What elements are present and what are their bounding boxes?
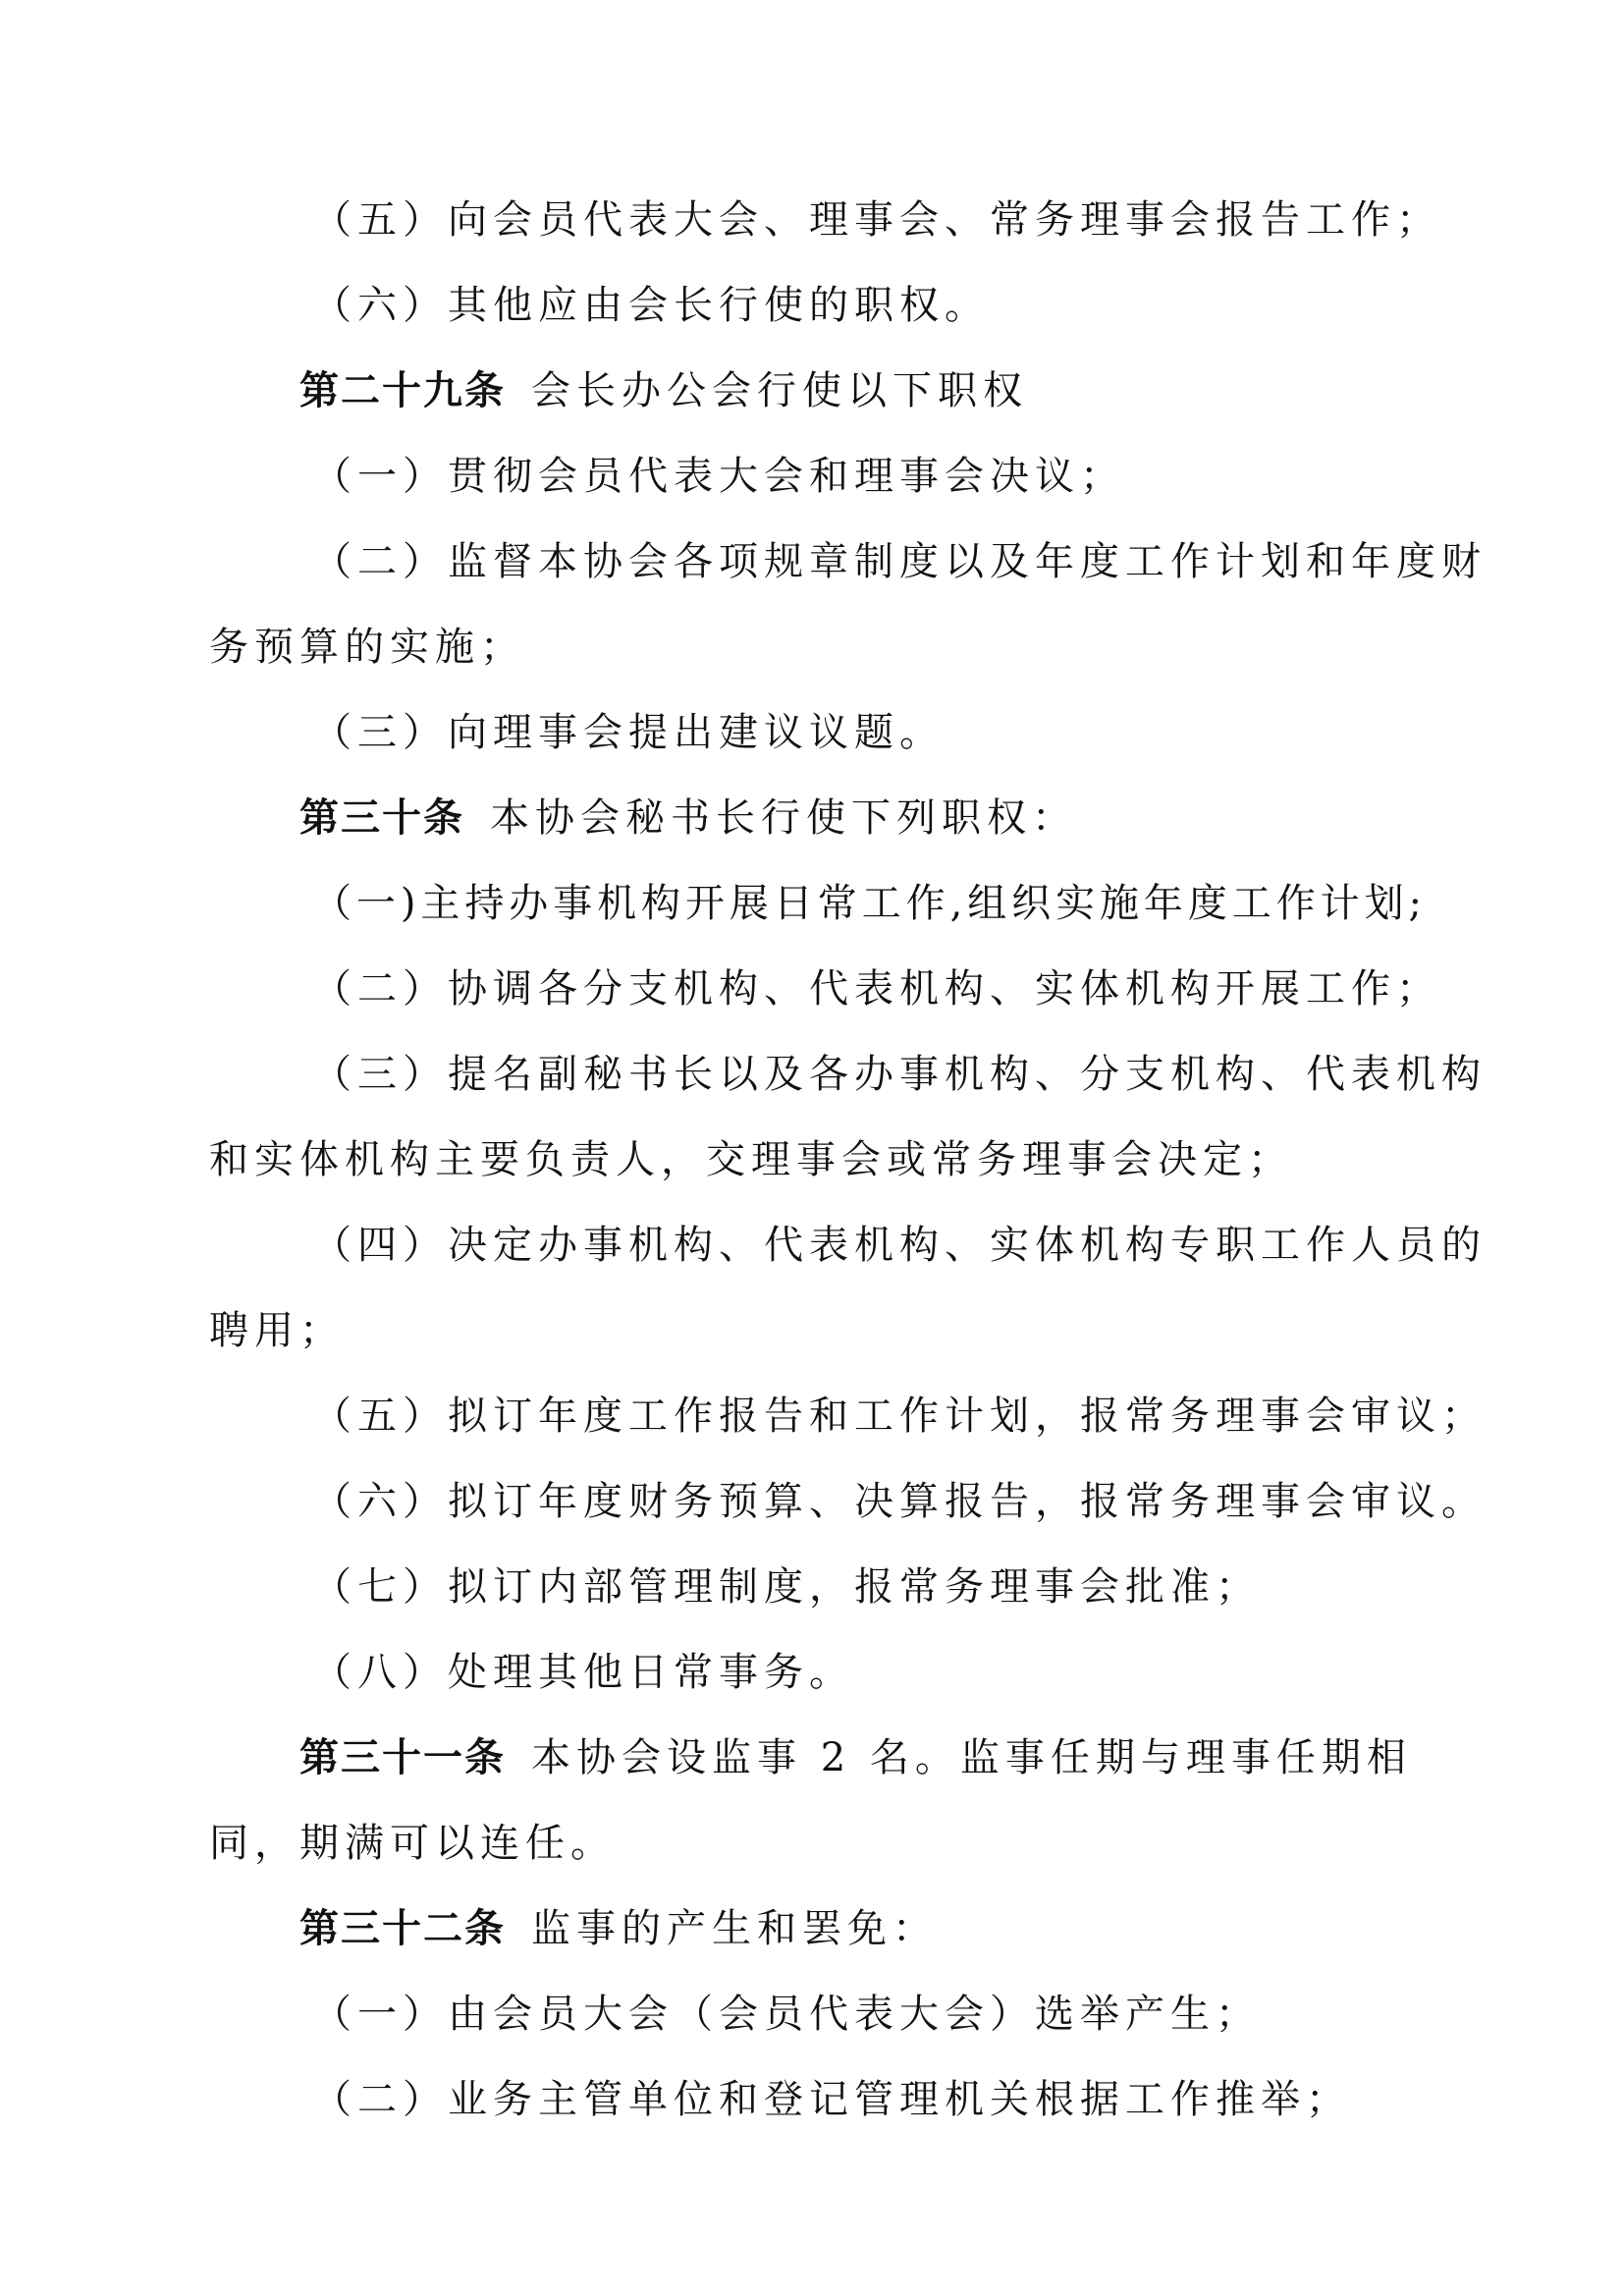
- clause-item: （二）监督本协会各项规章制度以及年度工作计划和年度财: [312, 538, 1424, 585]
- clause-continuation-text: 同，期满可以连任。: [209, 1821, 616, 1866]
- clause-item-text: （五）拟订年度工作报告和工作计划，报常务理事会审议；: [312, 1394, 1487, 1439]
- article-heading: 第三十一条本协会设监事 2 名。监事任期与理事任期相: [299, 1734, 1412, 1781]
- clause-continuation-text: 务预算的实施；: [209, 625, 525, 670]
- clause-item-text: （二）协调各分支机构、代表机构、实体机构开展工作；: [312, 966, 1441, 1011]
- clause-item: （三）向理事会提出建议议题。: [312, 709, 945, 756]
- clause-item: （五）拟订年度工作报告和工作计划，报常务理事会审议；: [312, 1393, 1487, 1440]
- article-number: 第三十二条: [299, 1906, 506, 1951]
- clause-continuation: 聘用；: [209, 1307, 345, 1354]
- article-text: 监事的产生和罢免：: [531, 1906, 938, 1951]
- clause-continuation: 务预算的实施；: [209, 624, 525, 671]
- clause-item-text: （四）决定办事机构、代表机构、实体机构专职工作人员的: [312, 1223, 1487, 1268]
- article-text: 本协会秘书长行使下列职权：: [490, 795, 1077, 841]
- clause-item: （八）处理其他日常事务。: [312, 1649, 854, 1696]
- clause-item-text: （六）其他应由会长行使的职权。: [312, 283, 990, 328]
- clause-item: （一）贯彻会员代表大会和理事会决议；: [312, 453, 1125, 500]
- clause-item: （三）提名副秘书长以及各办事机构、分支机构、代表机构: [312, 1051, 1424, 1098]
- document-page: （五）向会员代表大会、理事会、常务理事会报告工作； （六）其他应由会长行使的职权…: [0, 0, 1623, 2296]
- clause-item: （六）拟订年度财务预算、决算报告，报常务理事会审议。: [312, 1478, 1487, 1525]
- clause-continuation-text: 聘用；: [209, 1308, 345, 1353]
- clause-item: （一)主持办事机构开展日常工作,组织实施年度工作计划;: [312, 880, 1424, 927]
- clause-continuation: 和实体机构主要负责人，交理事会或常务理事会决定；: [209, 1136, 1293, 1183]
- clause-item: （一）由会员大会（会员代表大会）选举产生；: [312, 1991, 1261, 2038]
- clause-continuation: 同，期满可以连任。: [209, 1820, 616, 1867]
- clause-item-text: （一）贯彻会员代表大会和理事会决议；: [312, 454, 1125, 499]
- article-number: 第三十条: [299, 795, 464, 841]
- clause-item-text: （三）提名副秘书长以及各办事机构、分支机构、代表机构: [312, 1052, 1487, 1097]
- clause-item: （七）拟订内部管理制度，报常务理事会批准；: [312, 1563, 1261, 1611]
- article-heading: 第三十二条监事的产生和罢免：: [299, 1905, 938, 1952]
- clause-item-text: （七）拟订内部管理制度，报常务理事会批准；: [312, 1564, 1261, 1610]
- article-heading: 第三十条本协会秘书长行使下列职权：: [299, 794, 1077, 842]
- clause-item: （二）业务主管单位和登记管理机关根据工作推举；: [312, 2076, 1351, 2123]
- clause-item-text: （六）拟订年度财务预算、决算报告，报常务理事会审议。: [312, 1479, 1487, 1524]
- clause-item-text: （二）业务主管单位和登记管理机关根据工作推举；: [312, 2077, 1351, 2122]
- article-heading: 第二十九条会长办公会行使以下职权: [299, 367, 1028, 414]
- article-number: 第二十九条: [299, 368, 506, 413]
- clause-item-text: （五）向会员代表大会、理事会、常务理事会报告工作；: [312, 197, 1441, 243]
- clause-item-text: （八）处理其他日常事务。: [312, 1650, 854, 1695]
- clause-item-text: （一)主持办事机构开展日常工作,组织实施年度工作计划;: [312, 881, 1424, 926]
- article-number: 第三十一条: [299, 1735, 506, 1780]
- clause-item: （四）决定办事机构、代表机构、实体机构专职工作人员的: [312, 1222, 1424, 1269]
- clause-item-text: （一）由会员大会（会员代表大会）选举产生；: [312, 1992, 1261, 2037]
- article-text: 会长办公会行使以下职权: [531, 368, 1028, 413]
- clause-item: （五）向会员代表大会、理事会、常务理事会报告工作；: [312, 196, 1441, 244]
- clause-item-text: （二）监督本协会各项规章制度以及年度工作计划和年度财: [312, 539, 1487, 584]
- clause-item: （六）其他应由会长行使的职权。: [312, 282, 990, 329]
- clause-item-text: （三）向理事会提出建议议题。: [312, 710, 945, 755]
- clause-item: （二）协调各分支机构、代表机构、实体机构开展工作；: [312, 965, 1441, 1012]
- article-text: 本协会设监事 2 名。监事任期与理事任期相: [531, 1735, 1412, 1780]
- clause-continuation-text: 和实体机构主要负责人，交理事会或常务理事会决定；: [209, 1137, 1293, 1182]
